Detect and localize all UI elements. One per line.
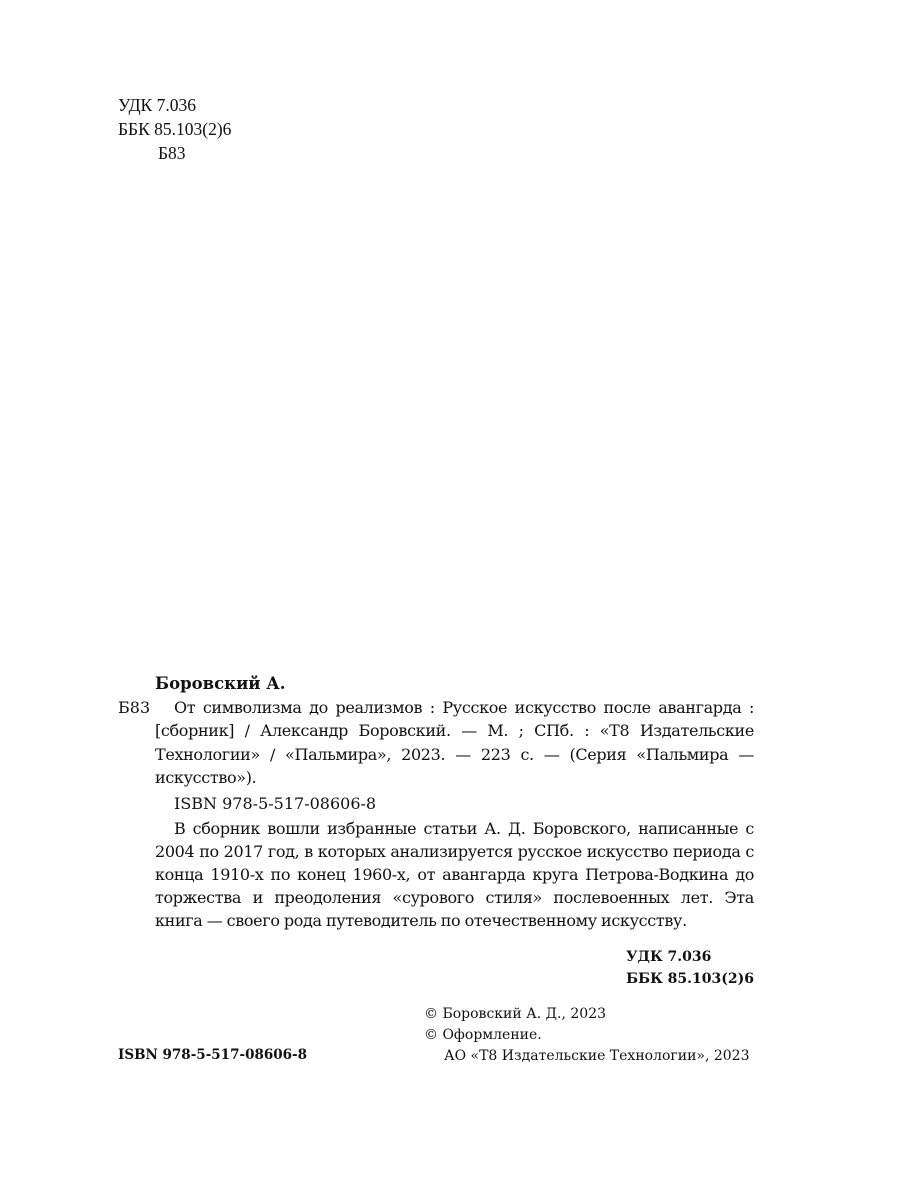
record-isbn: ISBN 978-5-517-08606-8 (118, 792, 754, 816)
record-entry: От символизма до реализмов : Русское иск… (118, 696, 754, 790)
record-entry-row: Б83 От символизма до реализмов : Русское… (118, 696, 754, 790)
record-annotation: В сборник вошли избранные статьи А. Д. Б… (118, 817, 754, 932)
footer-isbn: ISBN 978-5-517-08606-8 (118, 1046, 307, 1064)
design-copyright: © Оформление. (424, 1025, 750, 1046)
bbk-code: ББК 85.103(2)6 (118, 117, 231, 141)
udk-code: УДК 7.036 (118, 93, 231, 117)
record-author: Боровский А. (118, 672, 754, 696)
author-sign: Б83 (118, 141, 231, 165)
record-author-sign: Б83 (118, 696, 150, 720)
record-entry-text: От символизма до реализмов : Русское иск… (155, 698, 754, 788)
udk-code-bottom: УДК 7.036 (626, 946, 754, 968)
publisher-copyright: АО «Т8 Издательские Технологии», 2023 (424, 1046, 750, 1067)
bbk-code-bottom: ББК 85.103(2)6 (626, 968, 754, 990)
classification-codes-top: УДК 7.036 ББК 85.103(2)6 Б83 (118, 93, 231, 165)
classification-codes-bottom: УДК 7.036 ББК 85.103(2)6 (626, 946, 754, 990)
author-copyright: © Боровский А. Д., 2023 (424, 1004, 750, 1025)
bibliographic-record: Боровский А. Б83 От символизма до реализ… (118, 672, 754, 932)
copyright-block: © Боровский А. Д., 2023 © Оформление. АО… (424, 1004, 750, 1067)
